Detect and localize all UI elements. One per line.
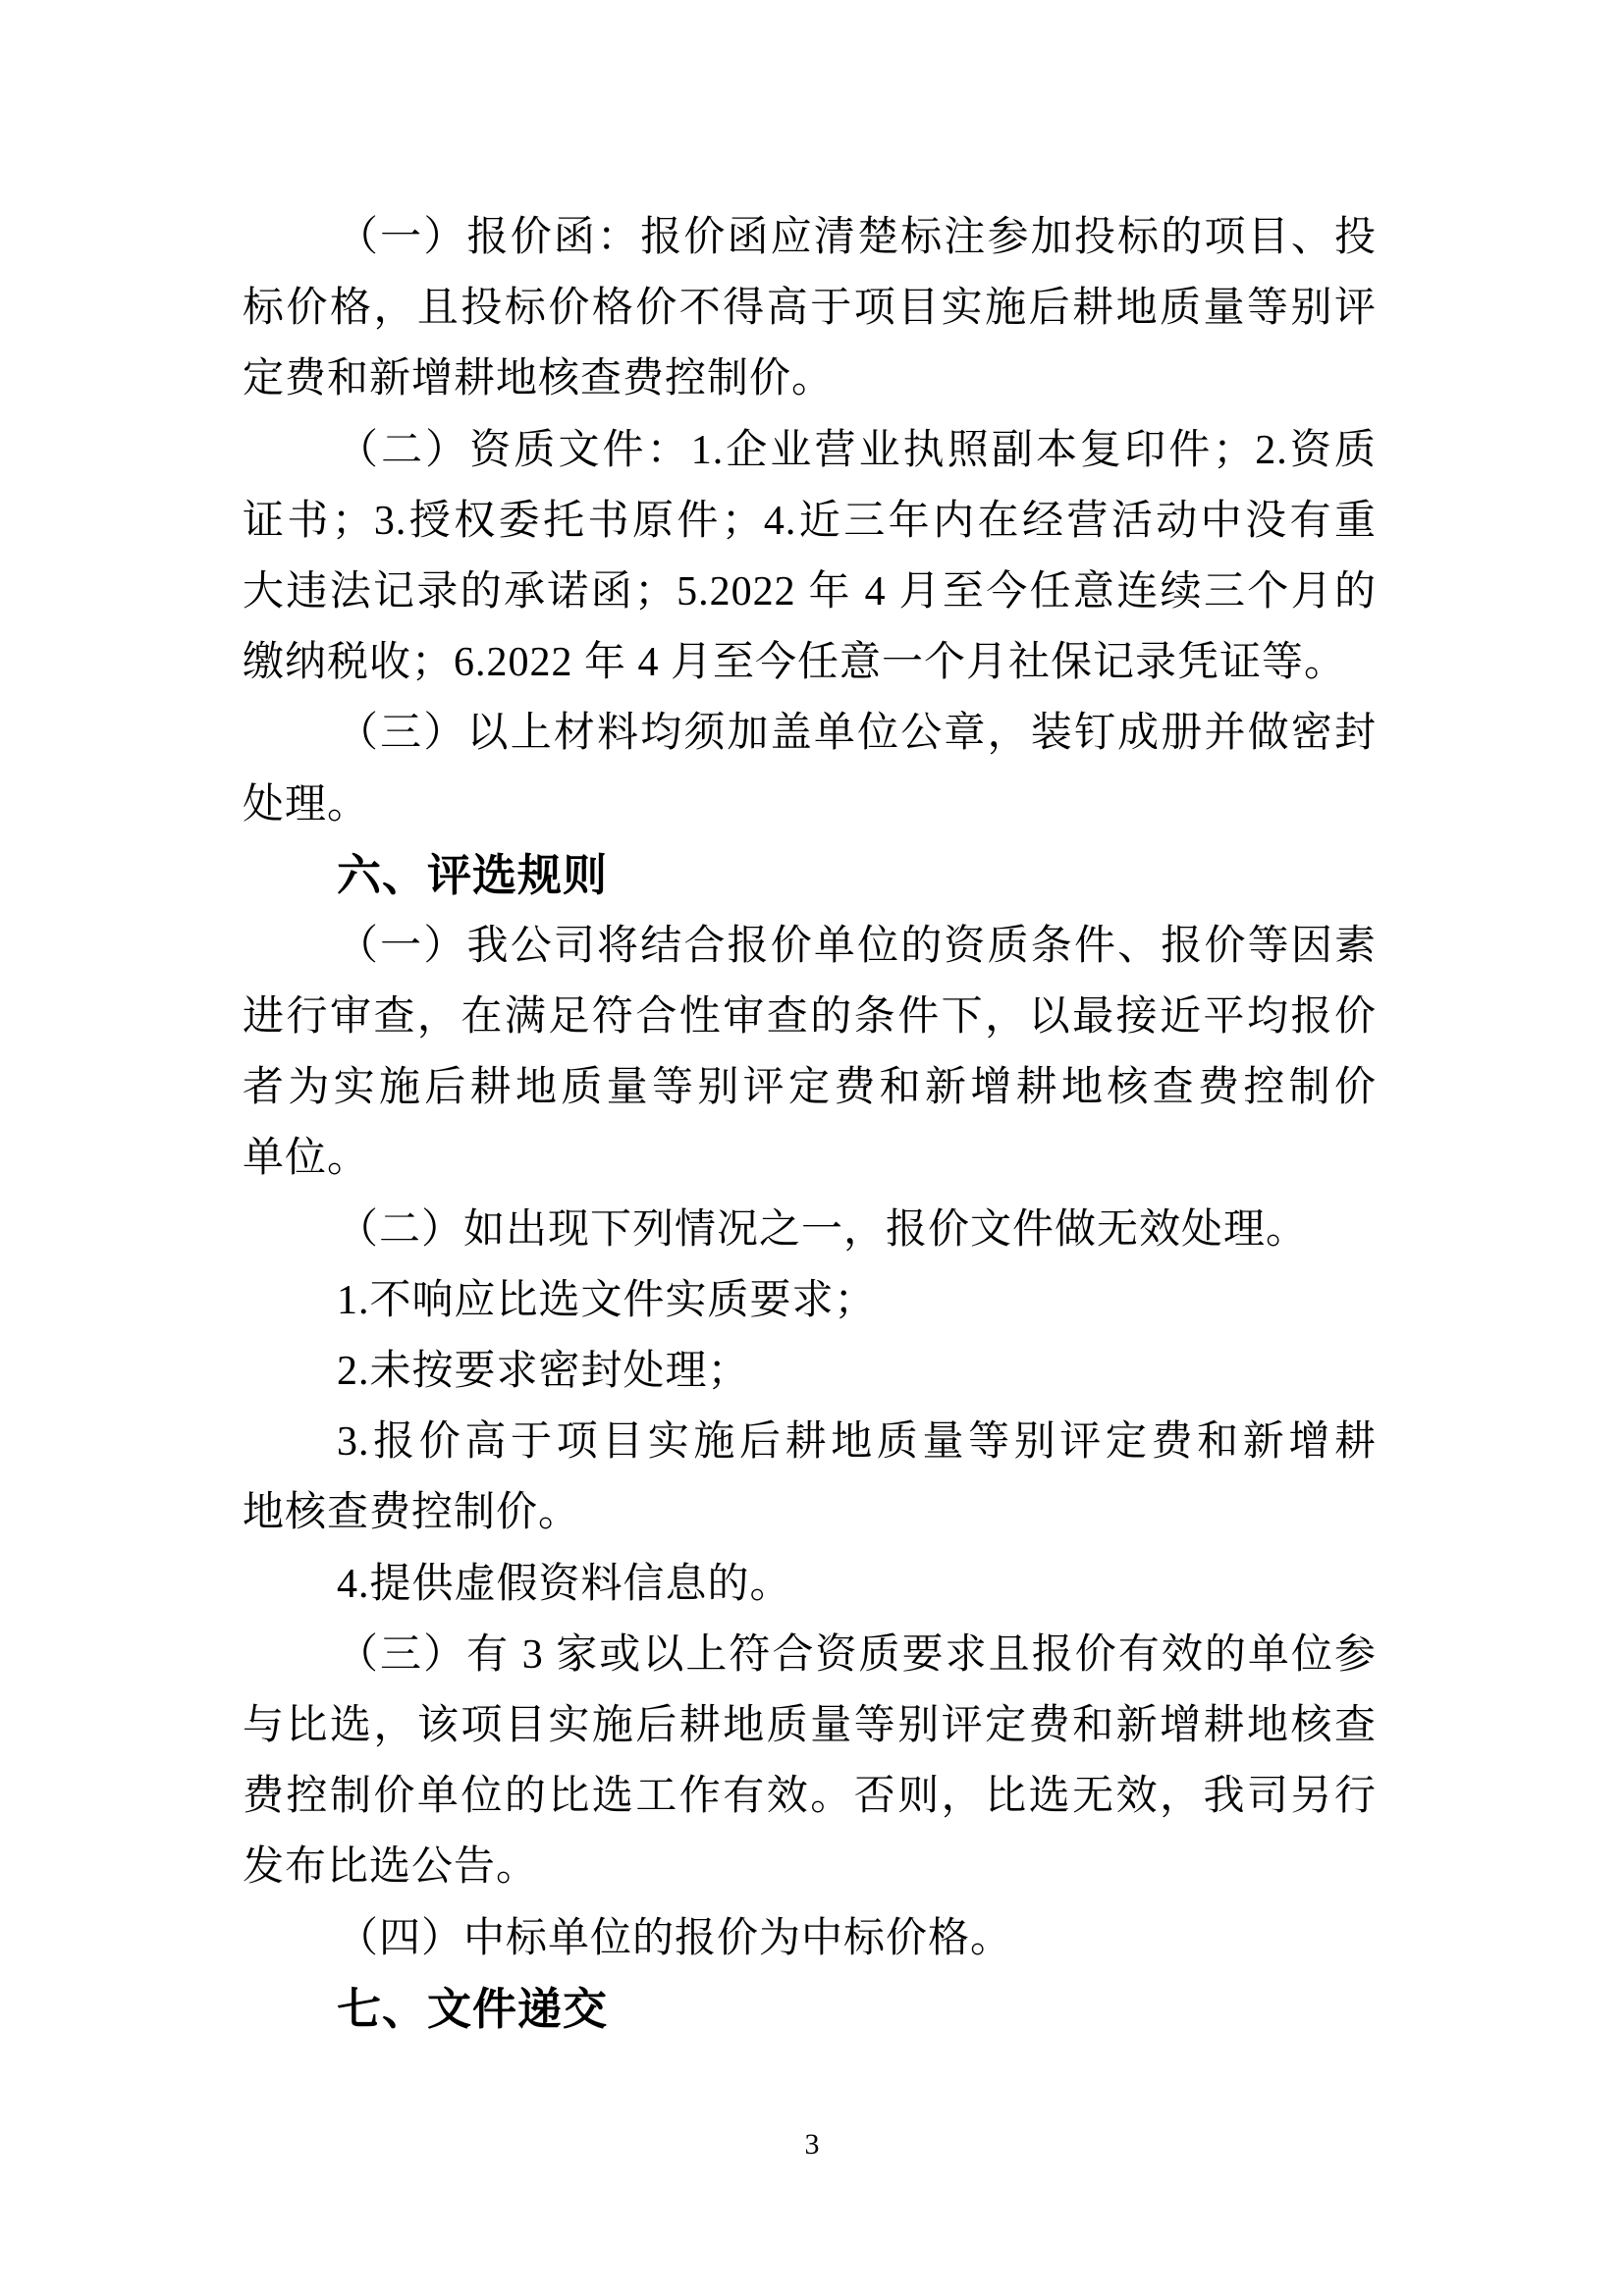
text-line: （一）我公司将结合报价单位的资质条件、报价等因素	[243, 911, 1377, 982]
text-line: 发布比选公告。	[243, 1832, 1377, 1902]
text-line: （二）如出现下列情况之一，报价文件做无效处理。	[243, 1195, 1377, 1265]
text-line: （一）报价函：报价函应清楚标注参加投标的项目、投	[243, 202, 1377, 273]
text-line: 2.未按要求密封处理；	[243, 1336, 1377, 1407]
document-body: （一）报价函：报价函应清楚标注参加投标的项目、投标价格，且投标价格价不得高于项目…	[243, 202, 1377, 2045]
text-line: 3.报价高于项目实施后耕地质量等别评定费和新增耕	[243, 1407, 1377, 1477]
section-heading: 六、评选规则	[243, 840, 1377, 911]
text-line: 处理。	[243, 770, 1377, 840]
text-line: （三）有 3 家或以上符合资质要求且报价有效的单位参	[243, 1620, 1377, 1690]
text-line: （二）资质文件：1.企业营业执照副本复印件；2.资质	[243, 415, 1377, 486]
text-line: 定费和新增耕地核查费控制价。	[243, 344, 1377, 414]
text-line: 大违法记录的承诺函；5.2022 年 4 月至今任意连续三个月的	[243, 557, 1377, 627]
text-line: 缴纳税收；6.2022 年 4 月至今任意一个月社保记录凭证等。	[243, 627, 1377, 698]
text-line: 费控制价单位的比选工作有效。否则，比选无效，我司另行	[243, 1761, 1377, 1832]
text-line: 与比选，该项目实施后耕地质量等别评定费和新增耕地核查	[243, 1690, 1377, 1761]
page-number: 3	[0, 2125, 1624, 2164]
section-heading: 七、文件递交	[243, 1974, 1377, 2045]
text-line: 地核查费控制价。	[243, 1477, 1377, 1548]
text-line: 单位。	[243, 1123, 1377, 1194]
text-line: 标价格，且投标价格价不得高于项目实施后耕地质量等别评	[243, 273, 1377, 344]
text-line: 4.提供虚假资料信息的。	[243, 1549, 1377, 1620]
text-line: 进行审查，在满足符合性审查的条件下，以最接近平均报价	[243, 982, 1377, 1052]
text-line: （三）以上材料均须加盖单位公章，装钉成册并做密封	[243, 698, 1377, 769]
document-page: （一）报价函：报价函应清楚标注参加投标的项目、投标价格，且投标价格价不得高于项目…	[0, 0, 1624, 2296]
text-line: 1.不响应比选文件实质要求；	[243, 1265, 1377, 1336]
text-line: （四）中标单位的报价为中标价格。	[243, 1903, 1377, 1974]
text-line: 者为实施后耕地质量等别评定费和新增耕地核查费控制价	[243, 1052, 1377, 1123]
text-line: 证书；3.授权委托书原件；4.近三年内在经营活动中没有重	[243, 486, 1377, 557]
